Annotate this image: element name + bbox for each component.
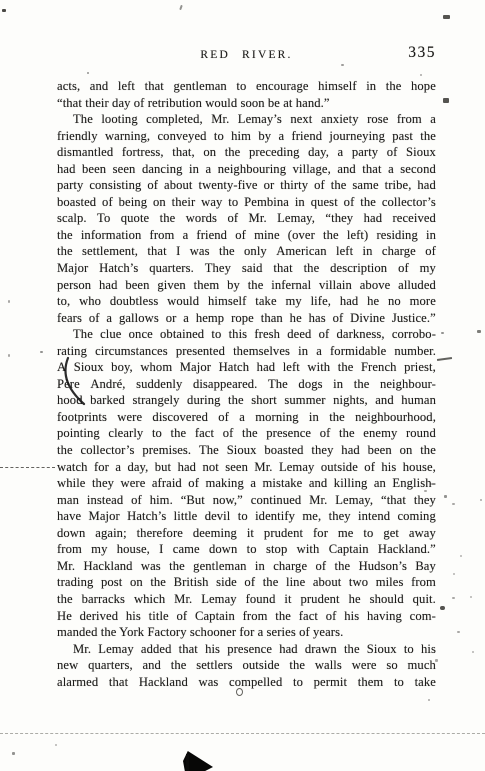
ink-speck — [8, 354, 10, 357]
text-line: HederivedhistitleofCaptainfromthefactofh… — [57, 608, 436, 625]
ink-speck — [457, 631, 460, 633]
ink-speck — [55, 744, 57, 746]
text-line: dismantledfortress,that,ontheprecedingda… — [57, 144, 436, 161]
text-line: pointingclearlytothefactofthepresenceoft… — [57, 425, 436, 442]
pen-stroke-mark — [40, 340, 100, 415]
text-line: whiletheywereafraidofmakingamistakeandki… — [57, 475, 436, 492]
ink-speck — [2, 9, 6, 12]
ink-speck — [477, 330, 481, 333]
margin-dash-mark — [437, 357, 452, 361]
text-line: Theclueonceobtainedtothisfreshdeedofdark… — [57, 326, 436, 343]
text-line: Mr.LemayaddedthathispresencehaddrawntheS… — [57, 641, 436, 658]
text-line: Thelootingcompleted,Mr.Lemay’snextanxiet… — [57, 111, 436, 128]
text-line: PèreAndré,suddenlydisappeared.Thedogsint… — [57, 376, 436, 393]
text-line: Mr.HacklandwasthegentlemaninchargeoftheH… — [57, 558, 436, 575]
ink-speck — [424, 490, 427, 492]
dashed-pencil-line — [0, 467, 55, 468]
text-line: friendlywarning,conveyedtohimbyafriendjo… — [57, 128, 436, 145]
ink-blot-stem — [186, 754, 189, 771]
text-line: to,whodoubtlesswouldhimselftakemylife,ha… — [57, 293, 436, 310]
ink-speck — [452, 503, 455, 505]
ink-speck — [460, 555, 462, 557]
text-line: alarmedthatHacklandwascompelledtopermitt… — [57, 674, 436, 691]
text-line: ASiouxboy,whomMajorHatchhadleftwiththeFr… — [57, 359, 436, 376]
circle-mark — [236, 688, 243, 696]
ink-speck — [12, 752, 15, 755]
text-line: acts,andleftthatgentlemantoencouragehims… — [57, 78, 436, 95]
bottom-scan-line — [0, 733, 485, 734]
ink-speck — [480, 499, 482, 501]
text-line: personhadbeengiventhembytheinfernalvilla… — [57, 277, 436, 294]
ink-speck — [443, 98, 449, 103]
ink-speck — [470, 596, 472, 598]
text-line: maninsteadofhim.“Butnow,”continuedMr.Lem… — [57, 492, 436, 509]
text-line: thebarrackswhichMr.Lemayfounditprudenthe… — [57, 591, 436, 608]
ink-speck — [341, 64, 344, 66]
ink-speck — [444, 495, 447, 498]
text-line: footprintswerediscoveredofamorninginthen… — [57, 409, 436, 426]
running-header: RED RIVER. 335 — [57, 46, 436, 66]
text-line: watchforaday,buthadnotseenMr.Lemayoutsid… — [57, 459, 436, 476]
ink-speck — [8, 300, 10, 303]
ink-speck — [428, 699, 430, 701]
ink-speck — [443, 15, 450, 19]
ink-speck — [179, 5, 183, 10]
text-line: ratingcircumstancespresentedthemselvesin… — [57, 343, 436, 360]
text-line: MajorHatch’squarters.Theysaidthatthedesc… — [57, 260, 436, 277]
ink-speck — [435, 659, 438, 662]
ink-speck — [440, 606, 445, 610]
running-title: RED RIVER. — [200, 49, 292, 61]
ink-speck — [452, 597, 455, 599]
text-line: manded the York Factory schooner for a s… — [57, 624, 436, 641]
text-line: haveMajorHatch’slittledeviltoidentifyme,… — [57, 508, 436, 525]
ink-speck — [441, 332, 444, 334]
text-line: “that their day of retribution would soo… — [57, 95, 436, 112]
text-line: downagain;thereforedeemingitprudentforme… — [57, 525, 436, 542]
text-line: thecollector’spremises.TheSiouxboastedth… — [57, 442, 436, 459]
scanned-book-page: RED RIVER. 335 acts,andleftthatgentleman… — [0, 0, 485, 771]
page-number: 335 — [408, 44, 436, 62]
text-line: newquarters,andthesettlersoutsidethewall… — [57, 657, 436, 674]
ink-speck — [453, 573, 455, 575]
ink-speck — [87, 72, 89, 74]
text-line: hoodbarkedstrangelyduringtheshortsummern… — [57, 392, 436, 409]
page-text: acts,andleftthatgentlemantoencouragehims… — [57, 78, 436, 690]
ink-speck — [472, 651, 474, 653]
text-line: theinformationfromafriendofmine(overthel… — [57, 227, 436, 244]
text-line: fearsofagallowsorahempropethanhehasofDiv… — [57, 310, 436, 327]
text-line: frommyhouse,IcamedowntostopwithCaptainHa… — [57, 541, 436, 558]
ink-speck — [420, 74, 422, 76]
text-line: partyconsistingofabouttwenty-fiveorthirt… — [57, 177, 436, 194]
text-line: hadbeenseendancinginaneighbouringvillage… — [57, 161, 436, 178]
text-line: scalp.ToquotethewordsofMr.Lemay,“theyhad… — [57, 210, 436, 227]
text-line: tradingpostontheBritishsideofthelineabou… — [57, 574, 436, 591]
text-line: boastedofbeingontheirwaytoPembinainquest… — [57, 194, 436, 211]
ink-speck — [430, 483, 432, 485]
text-line: thesettlement,thatIwastheonlyAmericanlef… — [57, 243, 436, 260]
